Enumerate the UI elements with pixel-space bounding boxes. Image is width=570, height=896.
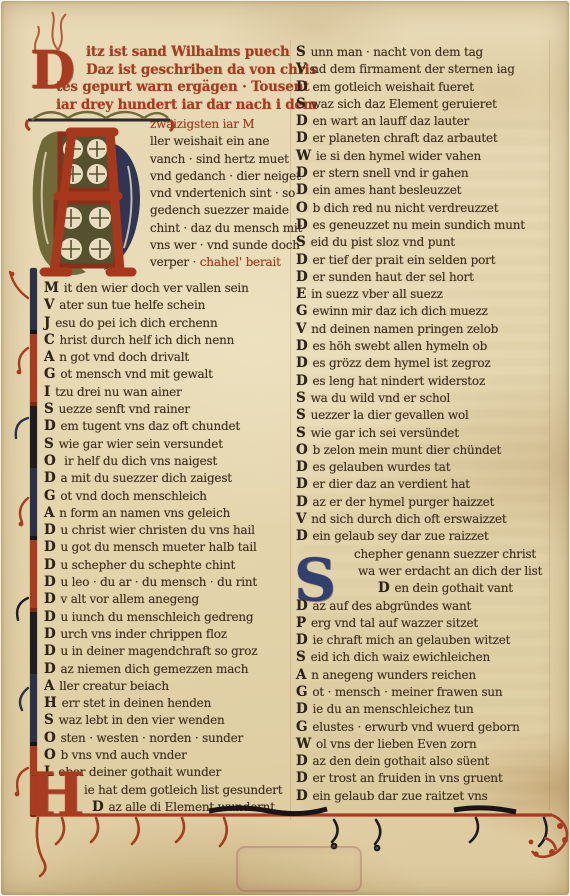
verse-initial: D	[296, 355, 313, 372]
verse-initial: D	[44, 522, 61, 539]
verse-line: Seid ich dich waiz ewichleichen	[296, 649, 551, 666]
verse-line: Du in deiner magendchraft so groz	[44, 643, 289, 660]
initial-S: S	[294, 546, 336, 614]
verse-line: Du got du mensch mueter halb tail	[44, 539, 289, 556]
verse-line: Suezze senft vnd rainer	[44, 401, 289, 418]
verse-initial: S	[296, 649, 311, 666]
verse-initial: D	[44, 609, 61, 626]
verse-line: Swaz sich daz Element geruieret	[296, 96, 551, 113]
verse-line: Ein suezz vber all suezz	[296, 286, 551, 303]
verse-line: Daz ist geschriben da von chris	[56, 62, 316, 80]
verse-initial: D	[296, 130, 313, 147]
verse-line: Sunn man · nacht von dem tag	[296, 44, 551, 61]
verse-line: Aller creatur beiach	[44, 678, 289, 695]
verse-line: Gewinn mir daz ich dich muezz	[296, 303, 551, 320]
verse-line: Christ durch helf ich dich nenn	[44, 332, 289, 349]
verse-initial: D	[44, 539, 61, 556]
verse-initial: O	[44, 730, 61, 747]
verse-initial: A	[296, 667, 311, 684]
verse-line: Mit den wier doch ver vallen sein	[44, 280, 289, 297]
verse-initial: S	[296, 96, 311, 113]
verse-initial: D	[44, 470, 61, 487]
verse-line: Du iunch du menschleich gedreng	[44, 609, 289, 626]
rubric-heading: itz ist sand Wilhalms puechDaz ist gesch…	[56, 44, 316, 114]
verse-initial: S	[296, 407, 311, 424]
verse-initial: S	[296, 44, 311, 61]
verse-line: Du schepher du schephte chint	[44, 557, 289, 574]
verse-line: Swa du wild vnd er schol	[296, 390, 551, 407]
verse-initial: D	[296, 770, 313, 787]
verse-initial: H	[44, 695, 62, 712]
verse-line: Daz niemen dich gemezzen mach	[44, 661, 289, 678]
verse-line: Vnd deinen namen pringen zelob	[296, 321, 551, 338]
verse-initial: D	[296, 79, 313, 96]
verse-line: An got vnd doch drivalt	[44, 349, 289, 366]
verse-initial: G	[296, 303, 312, 320]
verse-line: Dem gotleich weishait fueret	[296, 79, 551, 96]
verse-line: Wol vns der lieben Even zorn	[296, 736, 551, 753]
verse-line: Perg vnd tal auf wazzer sitzet	[296, 615, 551, 632]
verse-line: vnd gedanch · dier neiget	[150, 168, 290, 185]
verse-initial: D	[296, 528, 313, 545]
verse-initial: D	[296, 753, 313, 770]
verse-line: Wie si den hymel wider vahen	[296, 148, 551, 165]
verse-initial: D	[296, 476, 313, 493]
verse-initial: D	[378, 580, 395, 597]
verse-line: Des höh swebt allen hymeln ob	[296, 338, 551, 355]
verse-initial: D	[296, 113, 313, 130]
verse-line: Der stern snell vnd ir gahen	[296, 165, 551, 182]
verse-line: Vnd sich durch dich oft erswaizzet	[296, 511, 551, 528]
verse-initial: P	[296, 615, 311, 632]
verse-initial: O	[296, 442, 313, 459]
verse-line: Swie gar wier sein versundet	[44, 436, 289, 453]
verse-initial: S	[296, 234, 311, 251]
verse-line: Ob zelon mein munt dier chündet	[296, 442, 551, 459]
verse-line: itz ist sand Wilhalms puech	[56, 44, 316, 62]
verse-initial: G	[44, 366, 60, 383]
verse-initial: A	[44, 505, 59, 522]
verse-line: Des leng hat nindert widerstoz	[296, 373, 551, 390]
verse-initial: D	[296, 632, 313, 649]
verse-initial: D	[296, 338, 313, 355]
verse-initial: D	[296, 252, 313, 269]
verse-initial: S	[296, 390, 311, 407]
verse-line: Vnd dem firmament der sternen iag	[296, 61, 551, 78]
verse-line: gedench suezzer maide	[150, 202, 290, 219]
verse-initial: D	[44, 591, 61, 608]
verse-line: tes gepurt warn ergägen · Tousent	[56, 79, 316, 97]
verse-initial: E	[296, 286, 311, 303]
manuscript-photo: D itz ist sand Wilhalms puechDaz ist ges…	[0, 0, 570, 896]
verse-line: Die chraft mich an gelauben witzet	[296, 632, 551, 649]
right-column: Sunn man · nacht von dem tagVnd dem firm…	[296, 44, 551, 805]
verse-line: chint · daz du mensch mit	[150, 220, 290, 237]
verse-initial: O	[44, 453, 61, 470]
verse-line: Den wart an lauff daz lauter	[296, 113, 551, 130]
verse-line: Seid du pist sloz vnd punt	[296, 234, 551, 251]
verse-line: Osten · westen · norden · sunder	[44, 730, 289, 747]
verse-initial: D	[44, 643, 61, 660]
verse-initial: D	[296, 373, 313, 390]
verse-line: Der trost an fruiden in vns gruent	[296, 770, 551, 787]
verse-initial: V	[44, 297, 59, 314]
verse-line: Itzu drei nu wan ainer	[44, 384, 289, 401]
verse-line: Durch vns inder chrippen floz	[44, 626, 289, 643]
verse-line: Der tief der prait ein selden port	[296, 252, 551, 269]
verse-initial: D	[296, 182, 313, 199]
illuminated-initial-A	[28, 122, 146, 280]
verse-line: Da mit du suezzer dich zaigest	[44, 470, 289, 487]
verse-initial: S	[44, 712, 59, 729]
verse-initial: V	[296, 61, 311, 78]
verse-initial: D	[296, 217, 313, 234]
verse-initial: D	[296, 701, 313, 718]
verse-initial: W	[296, 736, 316, 753]
verse-line: vns wer · vnd sunde doch	[150, 237, 290, 254]
verse-line: Der sunden haut der sel hort	[296, 269, 551, 286]
verse-line: Dein ames hant besleuzzet	[296, 182, 551, 199]
verse-initial: D	[296, 269, 313, 286]
verse-initial: S	[296, 425, 311, 442]
verse-line: ller weishait ein ane	[150, 133, 290, 150]
verse-initial: W	[296, 148, 316, 165]
verse-line: Swaz lebt in den vier wenden	[44, 712, 289, 729]
verse-initial: D	[44, 418, 61, 435]
verse-line: Des geneuzzet nu mein sundich munt	[296, 217, 551, 234]
verse-line: Du leo · du ar · du mensch · du rint	[44, 574, 289, 591]
verse-line: Dv alt vor allem anegeng	[44, 591, 289, 608]
verse-line: Daz er der hymel purger haizzet	[296, 494, 551, 511]
verse-line: Dem tugent vns daz oft chundet	[44, 418, 289, 435]
verse-line: Daz den dein gothait also süent	[296, 753, 551, 770]
verse-initial: V	[296, 511, 311, 528]
verse-line: Du christ wier christen du vns hail	[44, 522, 289, 539]
verse-line: Vater sun tue helfe schein	[44, 297, 289, 314]
verse-line: An anegeng wunders reichen	[296, 667, 551, 684]
verse-initial: C	[44, 332, 60, 349]
verse-line: vanch · sind hertz muet	[150, 151, 290, 168]
verse-initial: D	[44, 574, 61, 591]
verse-initial: D	[44, 626, 61, 643]
verse-line: Herr stet in deinen henden	[44, 695, 289, 712]
verse-initial: G	[296, 684, 312, 701]
verse-line: Gelustes · erwurb vnd wuerd geborn	[296, 719, 551, 736]
verse-initial: A	[44, 349, 59, 366]
verse-initial: S	[44, 436, 59, 453]
verse-line: Jesu do pei ich dich erchenn	[44, 315, 289, 332]
verse-line: Des gelauben wurdes tat	[296, 459, 551, 476]
verse-line: Ob dich red nu nicht verdreuzzet	[296, 200, 551, 217]
rubric-suffix: chahel' berait	[196, 255, 281, 269]
verse-line: Got vnd doch menschleich	[44, 488, 289, 505]
left-column: Mit den wier doch ver vallen seinVater s…	[44, 280, 289, 816]
verse-initial: D	[44, 557, 61, 574]
verse-initial: O	[296, 200, 313, 217]
verse-line: Dein gelaub sey dar zue raizzet	[296, 528, 551, 545]
verse-initial: I	[44, 384, 55, 401]
verse-line: Got mensch vnd mit gewalt	[44, 366, 289, 383]
verse-line: O ir helf du dich vns naigest	[44, 453, 289, 470]
verse-initial: G	[296, 719, 312, 736]
verse-line: Der planeten chraft daz arbautet	[296, 130, 551, 147]
verse-line: Swie gar ich sei versündet	[296, 425, 551, 442]
border-flourishes	[6, 268, 32, 828]
verse-initial: S	[44, 401, 59, 418]
verse-initial: D	[44, 661, 61, 678]
verse-line: Got · mensch · meiner frawen sun	[296, 684, 551, 701]
incipit-text: zwaizigsten iar Mller weishait ein aneva…	[150, 116, 290, 272]
verse-line: verper · chahel' berait	[150, 254, 290, 271]
verse-initial: V	[296, 321, 311, 338]
verse-line: vnd vndertenich sint · so	[150, 185, 290, 202]
column-ruling-line	[290, 40, 291, 820]
verse-initial: D	[296, 494, 313, 511]
verse-initial: A	[44, 678, 59, 695]
faint-stamp	[236, 846, 362, 892]
verse-line: Des grözz dem hymel ist zegroz	[296, 355, 551, 372]
verse-line: An form an namen vns geleich	[44, 505, 289, 522]
verse-initial: J	[44, 315, 55, 332]
verse-initial: M	[44, 280, 64, 297]
verse-initial: G	[44, 488, 60, 505]
verse-line: Suezzer la dier gevallen wol	[296, 407, 551, 424]
verse-initial: D	[296, 165, 313, 182]
verse-line: Der dier daz an verdient hat	[296, 476, 551, 493]
verse-line: zwaizigsten iar M	[150, 116, 290, 133]
verse-initial: D	[296, 459, 313, 476]
verse-line: Die du an menschleichez tun	[296, 701, 551, 718]
